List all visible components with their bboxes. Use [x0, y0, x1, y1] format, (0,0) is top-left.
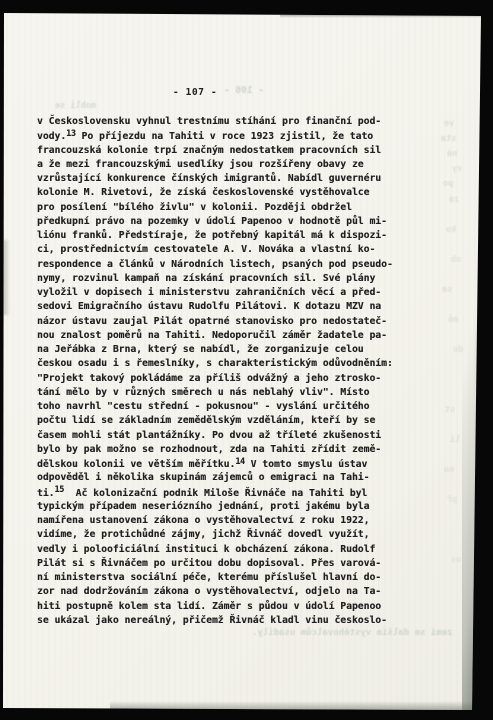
- text-line: zor nad dodržováním zákona o vystěhovale…: [37, 585, 457, 599]
- text-line: ci, prostřednictvím cestovatele A. V. No…: [37, 243, 457, 257]
- text-line: namířena ustanovení zákona o vystěhovale…: [37, 514, 457, 528]
- text-line: bylo by pak možno se rozhodnout, zda na …: [37, 443, 457, 457]
- body-text: v Československu vyhnul trestnímu stíhán…: [37, 115, 457, 628]
- text-line: Pilát si s Řivnáčem po určitou dobu dopi…: [37, 557, 457, 571]
- footnote-superscript: 15: [55, 484, 64, 494]
- bleedthrough-text: zá: [449, 196, 459, 205]
- bleedthrough-text: ná: [447, 150, 457, 159]
- book-page: - 107 - v Československu vyhnul trestním…: [0, 0, 493, 720]
- bleedthrough-text: os: [451, 556, 461, 565]
- text-line: kolonie M. Rivetovi, že získá českoslove…: [37, 186, 457, 200]
- bleedthrough-text: po: [443, 180, 453, 189]
- bleedthrough-text: př: [447, 496, 457, 505]
- text-line: vyložil v dopisech i ministerstvu zahran…: [37, 286, 457, 300]
- bleedthrough-text: do: [453, 346, 463, 355]
- text-line: pro posílení "bílého živlu" v kolonii. P…: [37, 201, 457, 215]
- text-line: počtu lidí se základním zemědělským vzdě…: [37, 414, 457, 428]
- text-line: liónu franků. Předstíraje, že potřebný k…: [37, 229, 457, 243]
- text-line: předkupní právo na pozemky v údolí Papen…: [37, 215, 457, 229]
- bleedthrough-text: na: [444, 466, 454, 475]
- text-line: tání mělo by v různých směrech u nás neb…: [37, 386, 457, 400]
- bleedthrough-text: ob: [451, 256, 461, 265]
- bleedthrough-text: zemí se dalším vystěhovalcům usadily.: [252, 629, 452, 638]
- text-line: a že mezi francouzskými usedlíky jsou ro…: [37, 158, 457, 172]
- text-line: "Projekt takový pokládáme za příliš odvá…: [37, 372, 457, 386]
- text-line: českou osadu i s řemeslníky, s charakter…: [37, 357, 457, 371]
- page-edge-shadow-bottom: [110, 701, 472, 710]
- bleedthrough-text: ve: [444, 120, 454, 129]
- text-line: ní ministerstva sociální péče, kterému p…: [37, 571, 457, 585]
- page-edge-shadow-top: [280, 13, 482, 18]
- text-line: odpověděl i několika skupinám zájemců o …: [37, 471, 457, 485]
- bleedthrough-text: li: [450, 436, 460, 445]
- bleedthrough-text: vy: [452, 165, 462, 174]
- text-line: nymy, rozvinul kampaň na získání pracovn…: [37, 272, 457, 286]
- text-line: názor ústavu zaujal Pilát opatrné stanov…: [37, 315, 457, 329]
- text-line: v Československu vyhnul trestnímu stíhán…: [37, 115, 457, 129]
- text-line: typickým případem neseriózního jednání, …: [37, 500, 457, 514]
- bleedthrough-text: mohli se: [55, 102, 96, 111]
- text-line: hiti postupně kolem sta lidí. Záměr s pů…: [37, 600, 457, 614]
- footnote-superscript: 13: [66, 128, 75, 138]
- text-line: vzrůstající konkurence čínských imigrant…: [37, 172, 457, 186]
- text-line: ti.15 Ač kolonizační podnik Miloše Řivná…: [37, 486, 457, 500]
- text-line: toho navrhl "cestu střední - pokusnou" -…: [37, 400, 457, 414]
- text-line: časem mohli stát plantážníky. Po dvou až…: [37, 429, 457, 443]
- bleedthrough-text: sta: [441, 135, 456, 144]
- text-line: dělskou kolonii ve větším měřítku.14 V t…: [37, 457, 457, 471]
- text-line: francouzská kolonie trpí značným nedosta…: [37, 144, 457, 158]
- text-line: nou znalost poměrů na Tahiti. Nedoporuči…: [37, 329, 457, 343]
- bleedthrough-text: mě: [448, 316, 458, 325]
- page-edge-shadow-right: [462, 14, 482, 712]
- bleedthrough-text: se: [442, 286, 452, 295]
- bleedthrough-text: st: [445, 406, 455, 415]
- scanned-book-photo: - 107 - v Československu vyhnul trestním…: [0, 0, 493, 720]
- text-line: se ukázal jako nereálný, přičemž Řivnáč …: [37, 614, 457, 628]
- bleedthrough-text: ko: [446, 226, 456, 235]
- text-line: vody.13 Po příjezdu na Tahiti v roce 192…: [37, 129, 457, 143]
- text-line: sedovi Emigračního ústavu Rudolfu Piláto…: [37, 300, 457, 314]
- text-line: na Jeřábka z Brna, který se nabídl, že z…: [37, 343, 457, 357]
- bleedthrough-text: - 106 -: [224, 86, 264, 96]
- text-line: respondence a článků v Národních listech…: [37, 258, 457, 272]
- page-number: - 107 -: [0, 87, 390, 101]
- text-line: vidíme, že protichůdné zájmy, jichž Řivn…: [37, 528, 457, 542]
- footnote-superscript: 14: [235, 456, 244, 466]
- page-edge-shadow-left: [3, 240, 10, 315]
- text-line: vedly i polooficiální instituci k obcház…: [37, 543, 457, 557]
